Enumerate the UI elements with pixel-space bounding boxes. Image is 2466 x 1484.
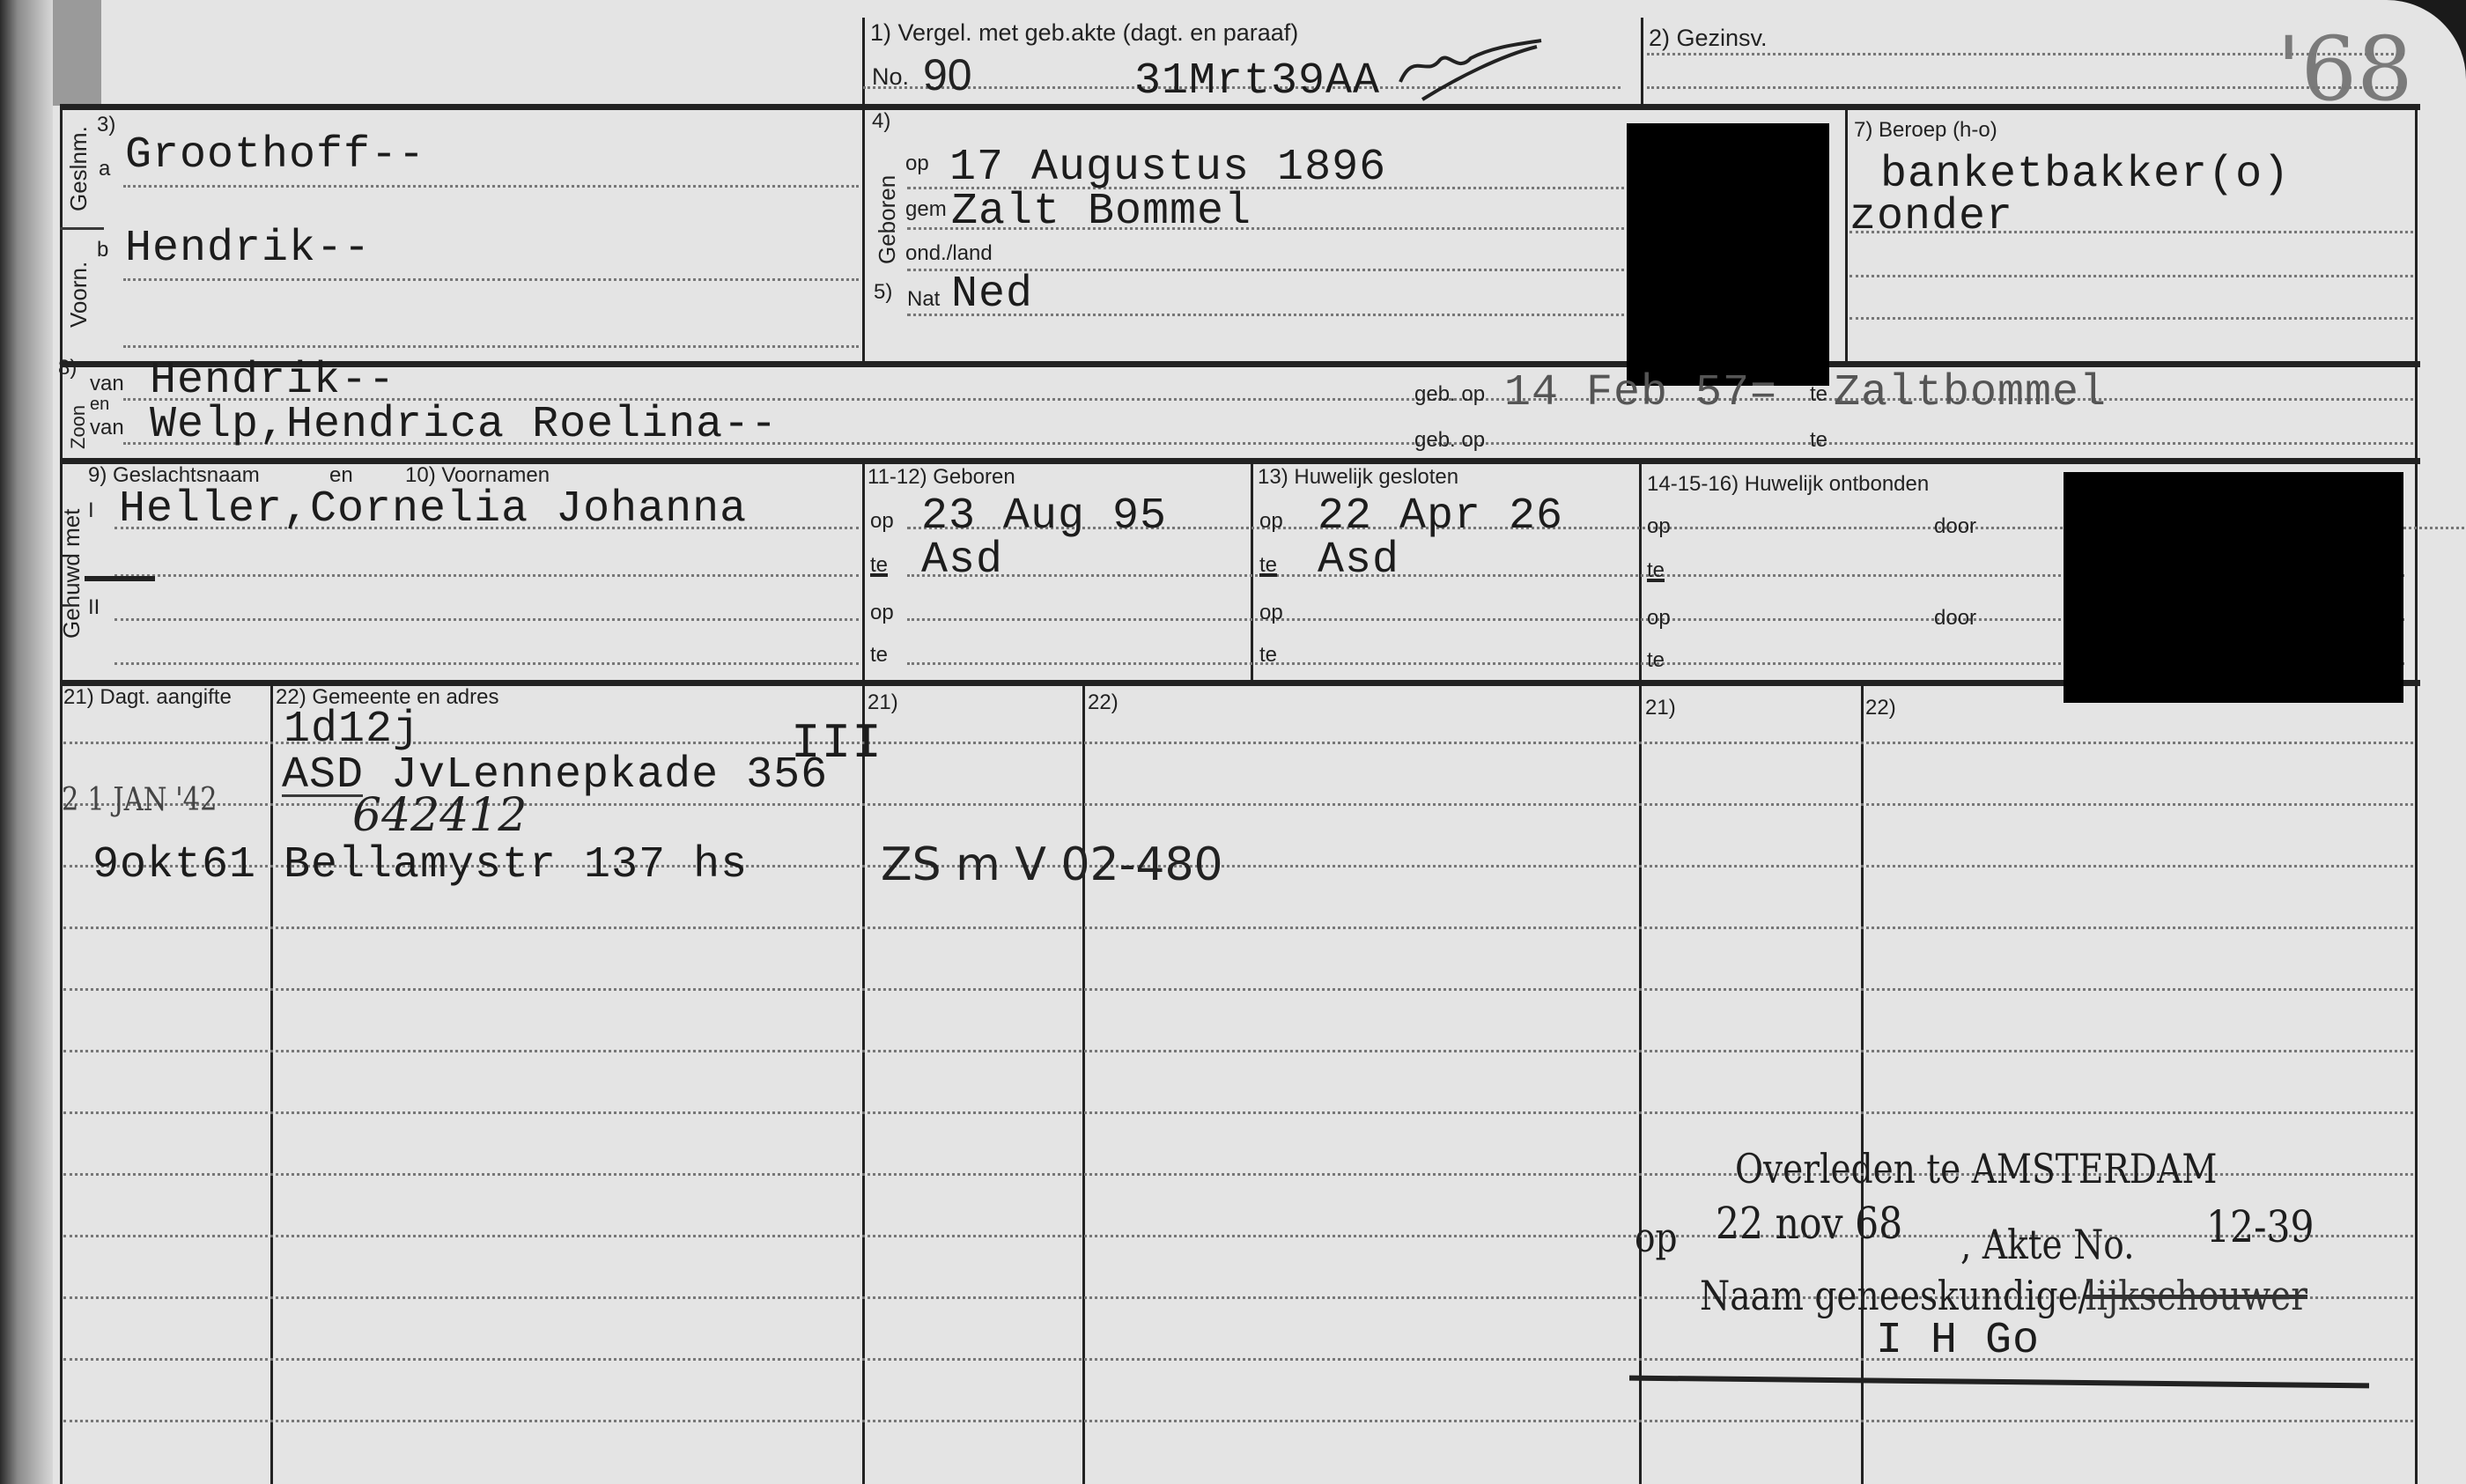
- firstname-value: Hendrik--: [125, 224, 371, 274]
- surname-num-label: 3): [97, 113, 115, 137]
- marriage-concluded-label: 13) Huwelijk gesloten: [1258, 465, 1458, 490]
- death-akte-number: 12-39: [2206, 1201, 2315, 1252]
- ruling-line: [63, 1420, 2413, 1422]
- spouse-separator-mark: [85, 576, 155, 581]
- spouse1-birth-date: 23 Aug 95: [921, 491, 1167, 542]
- firstname-side-label: Voorn.: [65, 262, 92, 328]
- dissolved1-te-label: te: [1647, 558, 1665, 583]
- card-top-left-tab: [53, 0, 101, 106]
- spouse1-birthplace: Asd: [921, 535, 1003, 586]
- ruling-line: [63, 1358, 2413, 1361]
- ruling-line: [63, 1111, 2413, 1114]
- birth-num-label: 4): [872, 109, 890, 134]
- handwritten-note: ZS m V 02-480: [881, 838, 1223, 891]
- doctor-name: I H Go: [1876, 1316, 2040, 1366]
- field1-label: 1) Vergel. met geb.akte (dagt. en paraaf…: [870, 19, 1298, 47]
- addr-date-col-label: 21) Dagt. aangifte: [63, 685, 232, 710]
- col-line-addr-c: [1861, 680, 1864, 1484]
- mother-van-label: van: [90, 416, 124, 440]
- akte-no-label: , Akte No.: [1960, 1221, 2135, 1268]
- doctor-name-label: Naam geneeskundige/: [1700, 1272, 2090, 1319]
- ruling-line: [123, 345, 859, 348]
- verification-date: 31Mrt39AA: [1134, 56, 1380, 107]
- row-divider-2: [60, 361, 2420, 367]
- address-entry-1: 1d12j: [284, 705, 420, 755]
- marriage2-te-label: te: [1259, 643, 1277, 668]
- birth-ond-land-label: ond./land: [905, 241, 993, 266]
- ruling-line: [1849, 317, 2413, 320]
- redacted-kerkgenootschap: [1627, 123, 1829, 386]
- marriage2-op-label: op: [1259, 601, 1283, 625]
- ruling-line: [63, 1050, 2413, 1052]
- father-geb-op-label: geb. op: [1414, 382, 1485, 407]
- field2-label: 2) Gezinsv.: [1649, 25, 1768, 52]
- col-line-addr-date: [270, 680, 273, 1484]
- spouse1-name: Heller,Cornelia Johanna: [119, 484, 747, 535]
- addr-date-col-c-label: 21): [1645, 696, 1676, 720]
- parents-side-label: Zoon: [67, 405, 90, 449]
- struck-lijkschouwer: lijkschouwer: [2086, 1272, 2307, 1319]
- dissolved2-door-label: door: [1934, 606, 1976, 631]
- col-line-occupation: [1845, 106, 1848, 363]
- birth-date: 17 Augustus 1896: [949, 143, 1386, 193]
- nationality-num-label: 5): [874, 280, 892, 305]
- address-entry-3-handwritten: 642412: [352, 789, 528, 842]
- paraaf-signature-icon: [1396, 33, 1546, 104]
- spouse-born-label: 11-12) Geboren: [868, 465, 1015, 490]
- birth-place: Zalt Bommel: [951, 187, 1251, 237]
- ruling-line: [1647, 53, 2404, 55]
- spouse1-born-te-label: te: [870, 553, 888, 578]
- nationality-value: Ned: [951, 269, 1033, 320]
- father-birthplace: Zaltbommel: [1834, 368, 2107, 418]
- card-left-edge: [0, 0, 53, 1484]
- surname-value: Groothoff--: [125, 130, 425, 181]
- birth-gem-label: gem: [905, 197, 947, 222]
- dissolved1-door-label: door: [1934, 514, 1976, 539]
- spouse2-born-te-label: te: [870, 643, 888, 668]
- ruling-line: [114, 662, 859, 665]
- marriage1-op-label: op: [1259, 509, 1283, 534]
- marriage1-date: 22 Apr 26: [1318, 491, 1563, 542]
- address-entry-4: Bellamystr 137 hs: [284, 840, 748, 890]
- col-line-marriage-dissolved: [1639, 458, 1642, 1484]
- occupation-label: 7) Beroep (h-o): [1854, 118, 1997, 143]
- asd-underline: [282, 794, 363, 797]
- ruling-line: [63, 988, 2413, 991]
- death-place-line: Overleden te AMSTERDAM: [1735, 1145, 2217, 1192]
- no-label: No.: [872, 63, 909, 91]
- occupation-line-2: zonder: [1849, 192, 2013, 242]
- death-stamp-closing-line: [1629, 1376, 2369, 1389]
- spouse-row2-label: II: [88, 595, 100, 620]
- spouse2-born-op-label: op: [870, 601, 894, 625]
- surname-prefix: a: [99, 157, 110, 181]
- ruling-line: [114, 618, 859, 621]
- ruling-line: [1647, 86, 2404, 89]
- father-name: Hendrik--: [150, 356, 395, 406]
- spouse-row1-label: I: [88, 498, 94, 523]
- ruling-line: [123, 185, 859, 188]
- ruling-line: [63, 927, 2413, 929]
- marriage-side-label: Gehuwd met: [58, 509, 85, 639]
- mother-te-label: te: [1810, 428, 1827, 453]
- addr-address-col-b-label: 22): [1088, 690, 1119, 715]
- birth-side-label: Geboren: [874, 175, 901, 264]
- addr-address-col-c-label: 22): [1865, 696, 1896, 720]
- death-op-label: op: [1635, 1214, 1678, 1261]
- addr-date-col-b-label: 21): [868, 690, 898, 715]
- address-date-stamp: 2 1 JAN '42: [62, 782, 218, 818]
- parents-num-label: 8): [58, 356, 77, 380]
- father-te-label: te: [1810, 382, 1827, 407]
- mother-geb-op-label: geb. op: [1414, 428, 1485, 453]
- col-line-header-mid: [862, 18, 865, 363]
- col-line-header-right: [1641, 18, 1643, 106]
- ruling-line: [1849, 275, 2413, 277]
- dissolved2-te-label: te: [1647, 648, 1665, 673]
- mother-en-label: en: [90, 395, 109, 415]
- mother-name: Welp,Hendrica Roelina--: [150, 400, 778, 450]
- firstname-prefix: b: [97, 238, 108, 262]
- address-date-4: 9okt61: [92, 840, 256, 890]
- marriage1-place: Asd: [1318, 535, 1399, 586]
- ruling-line: [114, 574, 859, 577]
- name-divider-tick: [60, 227, 104, 230]
- dissolved1-op-label: op: [1647, 514, 1671, 539]
- nationality-label: Nat: [907, 287, 940, 312]
- marriage1-te-label: te: [1259, 553, 1277, 578]
- death-date: 22 nov 68: [1716, 1198, 1902, 1249]
- redacted-marriage-block: [2064, 472, 2403, 703]
- dissolved2-op-label: op: [1647, 606, 1671, 631]
- father-birth-date: 14 Feb 57=: [1504, 368, 1777, 418]
- col-line-marriage-date: [1251, 458, 1253, 682]
- persoonskaart-card: '68 1) Vergel. met geb.akte (: [0, 0, 2466, 1484]
- col-line-marriage-born: [862, 458, 865, 1484]
- father-van-label: van: [90, 372, 124, 396]
- akte-number: 90: [923, 49, 972, 100]
- col-line-right: [2415, 106, 2418, 1484]
- ruling-line: [123, 278, 859, 281]
- spouse1-born-op-label: op: [870, 509, 894, 534]
- birth-op-label: op: [905, 151, 929, 176]
- col-line-addr-b: [1082, 680, 1085, 1484]
- marriage-dissolved-label: 14-15-16) Huwelijk ontbonden: [1647, 472, 1929, 497]
- surname-side-label: Geslnm.: [65, 126, 92, 211]
